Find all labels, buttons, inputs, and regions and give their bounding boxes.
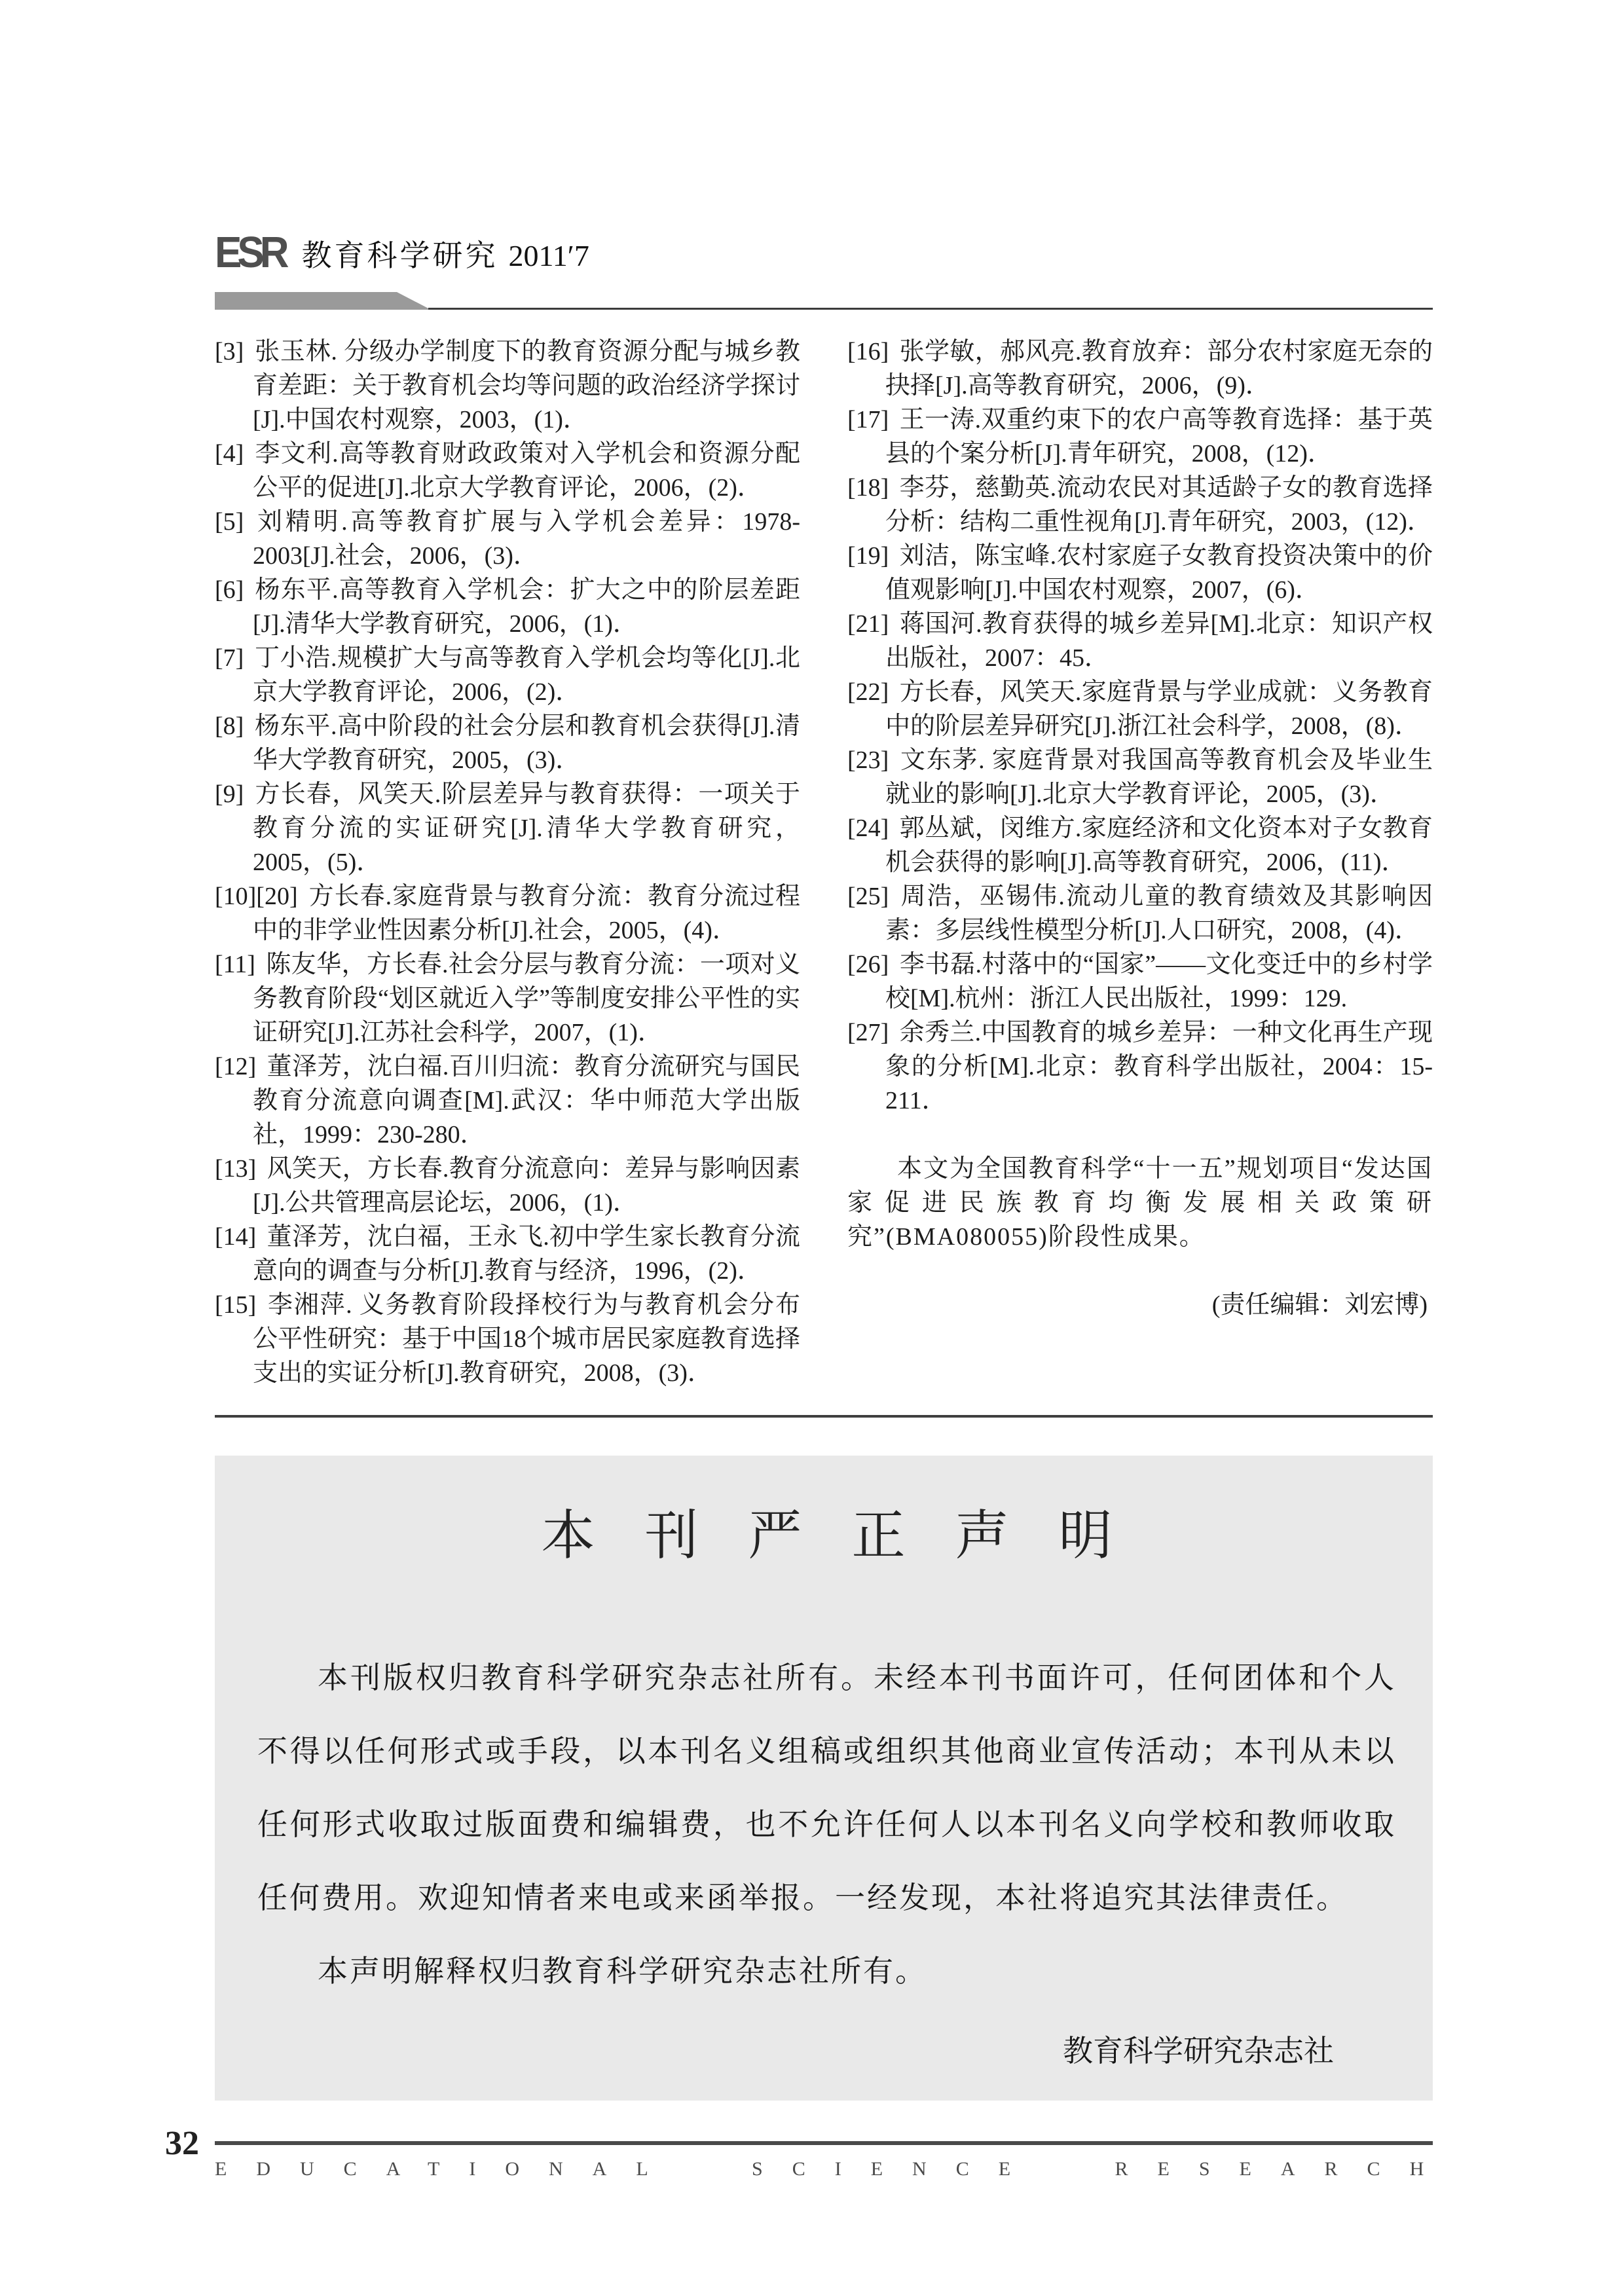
reference-item: [17]王一涛.双重约束下的农户高等教育选择：基于英县的个案分析[J].青年研究… (847, 403, 1433, 471)
section-divider (215, 1415, 1433, 1418)
reference-text: 丁小浩.规模扩大与高等教育入学机会均等化[J].北京大学教育评论，2006，(2… (253, 644, 800, 706)
reference-number: [4] (215, 440, 244, 468)
reference-number: [24] (847, 815, 889, 842)
reference-item: [8]杨东平.高中阶段的社会分层和教育机会获得[J].清华大学教育研究，2005… (215, 709, 800, 777)
page-footer: 32 EDUCATIONAL SCIENCE RESEARCH (215, 2141, 1433, 2180)
reference-number: [16] (847, 338, 889, 365)
reference-item: [4]李文利.高等教育财政政策对入学机会和资源分配公平的促进[J].北京大学教育… (215, 437, 800, 505)
journal-page: ESR 教育科学研究 2011′7 [3]张玉林. 分级办学制度下的教育资源分配… (0, 0, 1624, 2295)
esr-logo: ESR (215, 231, 284, 275)
reference-text: 方长春，风笑天.阶层差异与教育获得：一项关于教育分流的实证研究[J].清华大学教… (253, 780, 800, 876)
reference-number: [27] (847, 1019, 889, 1046)
reference-number: [22] (847, 678, 889, 706)
reference-number: [9] (215, 780, 244, 808)
footer-rule-line (215, 2141, 1433, 2145)
reference-text: 张学敏，郝风亮.教育放弃：部分农村家庭无奈的抉择[J].高等教育研究，2006，… (885, 338, 1433, 399)
reference-item: [12]董泽芳，沈白福.百川归流：教育分流研究与国民教育分流意向调查[M].武汉… (215, 1050, 800, 1152)
journal-name-english: EDUCATIONAL SCIENCE RESEARCH (215, 2158, 1433, 2180)
reference-item: [6]杨东平.高等教育入学机会：扩大之中的阶层差距[J].清华大学教育研究，20… (215, 573, 800, 641)
header-rule-line (428, 308, 1433, 310)
reference-text: 杨东平.高等教育入学机会：扩大之中的阶层差距[J].清华大学教育研究，2006，… (253, 576, 800, 638)
reference-item: [3]张玉林. 分级办学制度下的教育资源分配与城乡教育差距：关于教育机会均等问题… (215, 335, 800, 437)
statement-paragraph-2: 本声明解释权归教育科学研究杂志社所有。 (257, 1935, 1396, 2008)
references-left-column: [3]张玉林. 分级办学制度下的教育资源分配与城乡教育差距：关于教育机会均等问题… (215, 335, 800, 1390)
reference-text: 张玉林. 分级办学制度下的教育资源分配与城乡教育差距：关于教育机会均等问题的政治… (253, 338, 800, 433)
reference-item: [27]余秀兰.中国教育的城乡差异：一种文化再生产现象的分析[M].北京：教育科… (847, 1016, 1433, 1118)
reference-text: 方长春.家庭背景与教育分流：教育分流过程中的非学业性因素分析[J].社会，200… (253, 883, 800, 944)
statement-title: 本刊严正声明 (257, 1508, 1396, 1564)
reference-text: 文东茅. 家庭背景对我国高等教育机会及毕业生就业的影响[J].北京大学教育评论，… (885, 746, 1433, 808)
reference-text: 周浩，巫锡伟.流动儿童的教育绩效及其影响因素：多层线性模型分析[J].人口研究，… (885, 883, 1433, 944)
reference-text: 蒋国河.教育获得的城乡差异[M].北京：知识产权出版社，2007：45． (885, 610, 1433, 672)
reference-item: [9]方长春，风笑天.阶层差异与教育获得：一项关于教育分流的实证研究[J].清华… (215, 777, 800, 879)
reference-text: 王一涛.双重约束下的农户高等教育选择：基于英县的个案分析[J].青年研究，200… (885, 406, 1433, 468)
reference-text: 董泽芳，沈白福，王永飞.初中学生家长教育分流意向的调查与分析[J].教育与经济，… (253, 1223, 800, 1285)
reference-number: [25] (847, 883, 889, 910)
reference-text: 陈友华，方长春.社会分层与教育分流：一项对义务教育阶段“划区就近入学”等制度安排… (253, 951, 800, 1046)
reference-text: 风笑天，方长春.教育分流意向：差异与影响因素[J].公共管理高层论坛，2006，… (253, 1155, 800, 1217)
reference-text: 郭丛斌，闵维方.家庭经济和文化资本对子女教育机会获得的影响[J].高等教育研究，… (885, 815, 1433, 876)
reference-text: 方长春，风笑天.家庭背景与学业成就：义务教育中的阶层差异研究[J].浙江社会科学… (885, 678, 1433, 740)
reference-item: [5]刘精明.高等教育扩展与入学机会差异：1978-2003[J].社会，200… (215, 505, 800, 573)
reference-item: [16]张学敏，郝风亮.教育放弃：部分农村家庭无奈的抉择[J].高等教育研究，2… (847, 335, 1433, 403)
reference-number: [14] (215, 1223, 256, 1251)
reference-text: 李文利.高等教育财政政策对入学机会和资源分配公平的促进[J].北京大学教育评论，… (253, 440, 800, 502)
reference-number: [5] (215, 508, 244, 536)
reference-text: 董泽芳，沈白福.百川归流：教育分流研究与国民教育分流意向调查[M].武汉：华中师… (253, 1053, 800, 1148)
editor-note: (责任编辑：刘宏博) (847, 1288, 1433, 1322)
reference-number: [17] (847, 406, 889, 433)
reference-number: [12] (215, 1053, 256, 1080)
reference-item: [23]文东茅. 家庭背景对我国高等教育机会及毕业生就业的影响[J].北京大学教… (847, 743, 1433, 811)
reference-text: 余秀兰.中国教育的城乡差异：一种文化再生产现象的分析[M].北京：教育科学出版社… (885, 1019, 1433, 1114)
reference-text: 杨东平.高中阶段的社会分层和教育机会获得[J].清华大学教育研究，2005，(3… (253, 712, 800, 774)
reference-item: [7]丁小浩.规模扩大与高等教育入学机会均等化[J].北京大学教育评论，2006… (215, 641, 800, 709)
reference-item: [18]李芬，慈勤英.流动农民对其适龄子女的教育选择分析：结构二重性视角[J].… (847, 471, 1433, 539)
reference-text: 刘精明.高等教育扩展与入学机会差异：1978-2003[J].社会，2006，(… (253, 508, 800, 570)
reference-number: [21] (847, 610, 889, 638)
reference-item: [15]李湘萍. 义务教育阶段择校行为与教育机会分布公平性研究：基于中国18个城… (215, 1288, 800, 1390)
reference-item: [10][20]方长春.家庭背景与教育分流：教育分流过程中的非学业性因素分析[J… (215, 879, 800, 947)
reference-number: [13] (215, 1155, 256, 1183)
reference-number: [8] (215, 712, 244, 740)
reference-number: [23] (847, 746, 889, 774)
reference-number: [15] (215, 1291, 256, 1319)
journal-issue: 2011′7 (508, 237, 589, 275)
reference-number: [26] (847, 951, 889, 978)
journal-title: 教育科学研究 (301, 237, 498, 275)
statement-signature: 教育科学研究杂志社 (257, 2015, 1396, 2088)
reference-item: [13]风笑天，方长春.教育分流意向：差异与影响因素[J].公共管理高层论坛，2… (215, 1152, 800, 1220)
reference-item: [21]蒋国河.教育获得的城乡差异[M].北京：知识产权出版社，2007：45． (847, 607, 1433, 675)
reference-number: [7] (215, 644, 244, 672)
reference-item: [22]方长春，风笑天.家庭背景与学业成就：义务教育中的阶层差异研究[J].浙江… (847, 675, 1433, 743)
reference-text: 李湘萍. 义务教育阶段择校行为与教育机会分布公平性研究：基于中国18个城市居民家… (253, 1291, 800, 1387)
reference-item: [11]陈友华，方长春.社会分层与教育分流：一项对义务教育阶段“划区就近入学”等… (215, 947, 800, 1050)
reference-text: 李芬，慈勤英.流动农民对其适龄子女的教育选择分析：结构二重性视角[J].青年研究… (885, 474, 1433, 536)
reference-number: [11] (215, 951, 255, 978)
reference-item: [19]刘洁，陈宝峰.农村家庭子女教育投资决策中的价值观影响[J].中国农村观察… (847, 539, 1433, 607)
page-header: ESR 教育科学研究 2011′7 (215, 223, 1433, 310)
reference-text: 刘洁，陈宝峰.农村家庭子女教育投资决策中的价值观影响[J].中国农村观察，200… (885, 542, 1433, 604)
reference-number: [19] (847, 542, 889, 570)
statement-paragraph-1: 本刊版权归教育科学研究杂志社所有。未经本刊书面许可，任何团体和个人不得以任何形式… (257, 1642, 1396, 1935)
statement-body: 本刊版权归教育科学研究杂志社所有。未经本刊书面许可，任何团体和个人不得以任何形式… (257, 1642, 1396, 2088)
funding-note: 本文为全国教育科学“十一五”规划项目“发达国家促进民族教育均衡发展相关政策研究”… (847, 1152, 1433, 1254)
reference-number: [3] (215, 338, 244, 365)
reference-number: [10][20] (215, 883, 298, 910)
references-section: [3]张玉林. 分级办学制度下的教育资源分配与城乡教育差距：关于教育机会均等问题… (215, 335, 1433, 1390)
header-bar-decoration (215, 292, 431, 310)
reference-item: [26]李书磊.村落中的“国家”——文化变迁中的乡村学校[M].杭州：浙江人民出… (847, 947, 1433, 1016)
reference-text: 李书磊.村落中的“国家”——文化变迁中的乡村学校[M].杭州：浙江人民出版社，1… (885, 951, 1433, 1012)
header-logo-row: ESR 教育科学研究 2011′7 (215, 223, 1433, 275)
page-number: 32 (165, 2124, 199, 2163)
references-right-column: [16]张学敏，郝风亮.教育放弃：部分农村家庭无奈的抉择[J].高等教育研究，2… (847, 335, 1433, 1390)
header-rule (215, 292, 1433, 310)
reference-item: [24]郭丛斌，闵维方.家庭经济和文化资本对子女教育机会获得的影响[J].高等教… (847, 811, 1433, 879)
reference-number: [18] (847, 474, 889, 502)
reference-item: [25]周浩，巫锡伟.流动儿童的教育绩效及其影响因素：多层线性模型分析[J].人… (847, 879, 1433, 947)
reference-number: [6] (215, 576, 244, 604)
statement-box: 本刊严正声明 本刊版权归教育科学研究杂志社所有。未经本刊书面许可，任何团体和个人… (215, 1456, 1433, 2101)
reference-item: [14]董泽芳，沈白福，王永飞.初中学生家长教育分流意向的调查与分析[J].教育… (215, 1220, 800, 1288)
